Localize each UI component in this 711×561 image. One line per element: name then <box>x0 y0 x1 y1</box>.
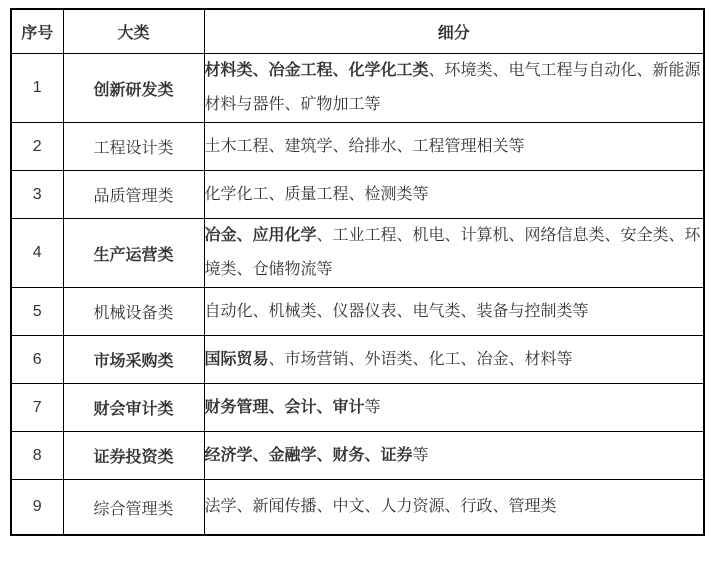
table-row: 9 综合管理类 法学、新闻传播、中文、人力资源、行政、管理类 <box>11 480 704 536</box>
detail-text: 等 <box>365 399 381 416</box>
category-cell: 品质管理类 <box>63 171 204 219</box>
index-cell: 2 <box>11 123 63 171</box>
detail-cell: 经济学、金融学、财务、证券等 <box>204 432 704 480</box>
category-cell: 财会审计类 <box>63 384 204 432</box>
detail-cell: 财务管理、会计、审计等 <box>204 384 704 432</box>
index-cell: 6 <box>11 336 63 384</box>
category-cell: 创新研发类 <box>63 54 204 123</box>
detail-text: 等 <box>413 447 429 464</box>
index-cell: 1 <box>11 54 63 123</box>
detail-bold-text: 经济学、金融学、财务、证券 <box>205 447 413 464</box>
index-cell: 8 <box>11 432 63 480</box>
table-row: 5 机械设备类 自动化、机械类、仪器仪表、电气类、装备与控制类等 <box>11 288 704 336</box>
index-cell: 7 <box>11 384 63 432</box>
header-detail: 细分 <box>204 9 704 54</box>
detail-bold-text: 冶金、应用化学 <box>205 227 317 244</box>
category-cell: 市场采购类 <box>63 336 204 384</box>
table-row: 2 工程设计类 土木工程、建筑学、给排水、工程管理相关等 <box>11 123 704 171</box>
index-cell: 9 <box>11 480 63 536</box>
detail-cell: 化学化工、质量工程、检测类等 <box>204 171 704 219</box>
table-row: 1 创新研发类 材料类、冶金工程、化学化工类、环境类、电气工程与自动化、新能源材… <box>11 54 704 123</box>
detail-cell: 土木工程、建筑学、给排水、工程管理相关等 <box>204 123 704 171</box>
detail-cell: 冶金、应用化学、工业工程、机电、计算机、网络信息类、安全类、环境类、仓储物流等 <box>204 219 704 288</box>
category-cell: 综合管理类 <box>63 480 204 536</box>
detail-text: 土木工程、建筑学、给排水、工程管理相关等 <box>205 138 525 155</box>
index-cell: 4 <box>11 219 63 288</box>
detail-text: 法学、新闻传播、中文、人力资源、行政、管理类 <box>205 498 557 515</box>
category-cell: 工程设计类 <box>63 123 204 171</box>
table-row: 7 财会审计类 财务管理、会计、审计等 <box>11 384 704 432</box>
detail-cell: 自动化、机械类、仪器仪表、电气类、装备与控制类等 <box>204 288 704 336</box>
index-cell: 3 <box>11 171 63 219</box>
table-row: 6 市场采购类 国际贸易、市场营销、外语类、化工、冶金、材料等 <box>11 336 704 384</box>
detail-text: 自动化、机械类、仪器仪表、电气类、装备与控制类等 <box>205 303 589 320</box>
table-row: 8 证券投资类 经济学、金融学、财务、证券等 <box>11 432 704 480</box>
index-cell: 5 <box>11 288 63 336</box>
detail-bold-text: 材料类、冶金工程、化学化工类 <box>205 62 429 79</box>
category-cell: 生产运营类 <box>63 219 204 288</box>
category-cell: 机械设备类 <box>63 288 204 336</box>
detail-text: 化学化工、质量工程、检测类等 <box>205 186 429 203</box>
detail-bold-text: 国际贸易 <box>205 351 269 368</box>
detail-bold-text: 财务管理、会计、审计 <box>205 399 365 416</box>
detail-text: 、市场营销、外语类、化工、冶金、材料等 <box>269 351 573 368</box>
header-row: 序号 大类 细分 <box>11 9 704 54</box>
detail-cell: 材料类、冶金工程、化学化工类、环境类、电气工程与自动化、新能源材料与器件、矿物加… <box>204 54 704 123</box>
table-row: 4 生产运营类 冶金、应用化学、工业工程、机电、计算机、网络信息类、安全类、环境… <box>11 219 704 288</box>
header-index: 序号 <box>11 9 63 54</box>
detail-cell: 法学、新闻传播、中文、人力资源、行政、管理类 <box>204 480 704 536</box>
header-category: 大类 <box>63 9 204 54</box>
category-table: 序号 大类 细分 1 创新研发类 材料类、冶金工程、化学化工类、环境类、电气工程… <box>10 8 705 536</box>
table-row: 3 品质管理类 化学化工、质量工程、检测类等 <box>11 171 704 219</box>
category-cell: 证券投资类 <box>63 432 204 480</box>
detail-cell: 国际贸易、市场营销、外语类、化工、冶金、材料等 <box>204 336 704 384</box>
